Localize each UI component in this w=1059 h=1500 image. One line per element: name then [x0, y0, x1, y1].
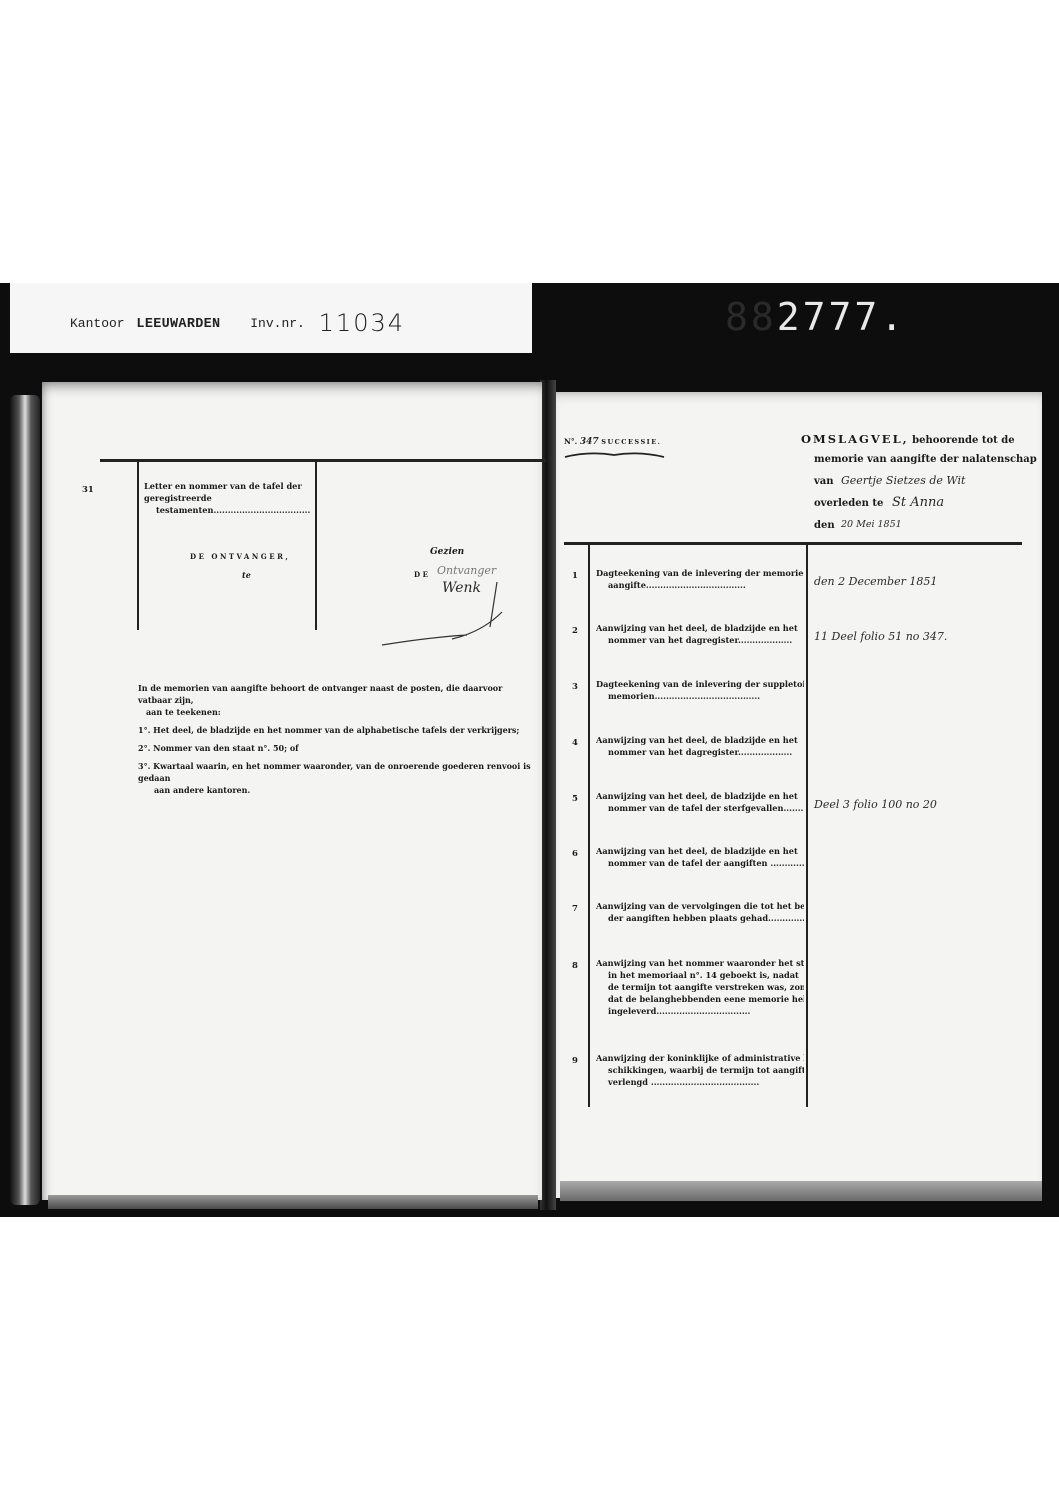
row-description: Aanwijzing van het deel, de bladzijde en… [596, 622, 804, 646]
row-line: nommer van het dagregister..............… [596, 634, 804, 646]
receiver-title: DE ONTVANGER, [190, 552, 290, 561]
counter-lit-digits: 2777. [777, 295, 906, 339]
counter-dim-digits: 88 [725, 295, 777, 339]
frame-counter: 882777. [725, 295, 906, 339]
row-line: Dagteekening van de inlevering der suppl… [596, 678, 804, 690]
stacked-page-edges [10, 395, 40, 1205]
row-line: Dagteekening van de inlevering der memor… [596, 567, 804, 579]
row-line: Aanwijzing van de vervolgingen die tot h… [596, 900, 804, 912]
row-number: 1 [572, 571, 578, 581]
handwritten-entry: Deel 3 folio 100 no 20 [814, 798, 937, 811]
row-line: in het memoriaal n°. 14 geboekt is, nada… [596, 969, 804, 981]
archive-label-card: Kantoor LEEUWARDEN Inv.nr. 11034 [10, 283, 532, 353]
form-title: OMSLAGVEL, behoorende tot de [801, 432, 1015, 446]
row-description: Aanwijzing van het deel, de bladzijde en… [596, 845, 804, 869]
no-suffix: SUCCESSIE. [601, 438, 661, 446]
seen-label: Gezien [430, 547, 464, 557]
date-of-death: 20 Mei 1851 [841, 519, 902, 530]
page-bottom-edge [48, 1195, 538, 1209]
instruction-item: 2°. Nommer van den staat n°. 50; of [138, 742, 538, 754]
item-text: Kwartaal waarin, en het nommer waaronder… [138, 761, 531, 783]
instructions-block: In de memorien van aangifte behoort de o… [138, 682, 538, 796]
row-description: Aanwijzing van het deel, de bladzijde en… [596, 734, 804, 758]
row-line: testamenten.............................… [144, 504, 316, 516]
row-description: Aanwijzing van het deel, de bladzijde en… [596, 790, 804, 814]
row-line: ingeleverd..............................… [596, 1005, 804, 1017]
van-label: van [814, 476, 834, 487]
column-rule [315, 462, 317, 630]
row-line: de termijn tot aangifte verstreken was, … [596, 981, 804, 993]
item-number: 1°. [138, 725, 150, 735]
row-description: Aanwijzing der koninklijke of administra… [596, 1052, 804, 1088]
left-page: 31 Letter en nommer van de tafel der ger… [42, 382, 542, 1200]
row-line: schikkingen, waarbij de termijn tot aang… [596, 1064, 804, 1076]
decorative-swash [564, 450, 666, 460]
row-line: Aanwijzing van het deel, de bladzijde en… [596, 790, 804, 802]
signature-flourish [372, 577, 512, 647]
row-line: nommer van de tafel der aangiften ......… [596, 857, 804, 869]
title-rest: behoorende tot de [912, 435, 1014, 446]
item-number: 2°. [138, 743, 150, 753]
row-description: Aanwijzing van de vervolgingen die tot h… [596, 900, 804, 924]
row-number: 3 [572, 682, 578, 692]
row-line: nommer van de tafel der sterfgevallen...… [596, 802, 804, 814]
no-prefix: N°. [564, 437, 577, 446]
row-line: dat de belanghebbenden eene memorie hebb… [596, 993, 804, 1005]
row-line: memorien................................… [596, 690, 804, 702]
row-line: Aanwijzing van het nommer waaronder het … [596, 957, 804, 969]
archive-label: Kantoor LEEUWARDEN Inv.nr. 11034 [70, 305, 405, 333]
row-line: verlengd ...............................… [596, 1076, 804, 1088]
row-number: 9 [572, 1056, 578, 1066]
handwritten-title: Ontvanger [437, 564, 496, 577]
row-description: Letter en nommer van de tafel der geregi… [144, 480, 314, 516]
no-handwritten: 347 [580, 437, 599, 447]
item-text: Nommer van den staat n°. 50; of [153, 743, 298, 753]
deceased-name: Geertje Sietzes de Wit [841, 474, 965, 487]
office-prefix: Kantoor [70, 316, 125, 331]
row-number: 31 [82, 485, 94, 495]
handwritten-entry: 11 Deel folio 51 no 347. [814, 630, 947, 643]
row-line: Aanwijzing van het deel, de bladzijde en… [596, 734, 804, 746]
row-line: Aanwijzing der koninklijke of administra… [596, 1052, 804, 1064]
row-number: 4 [572, 738, 578, 748]
column-rule [588, 545, 590, 1107]
receiver-place: te [242, 570, 251, 580]
succession-number: N°. 347 SUCCESSIE. [564, 437, 661, 447]
item-text: Het deel, de bladzijde en het nommer van… [153, 725, 519, 735]
book-spine [540, 380, 556, 1210]
row-number: 5 [572, 794, 578, 804]
row-description: Dagteekening van de inlevering der suppl… [596, 678, 804, 702]
instruction-item: 1°. Het deel, de bladzijde en het nommer… [138, 724, 538, 736]
item-text-cont: aan andere kantoren. [138, 784, 538, 796]
instructions-intro: In de memorien van aangifte behoort de o… [138, 682, 538, 706]
right-page: N°. 347 SUCCESSIE. OMSLAGVEL, behoorende… [556, 392, 1042, 1198]
row-number: 6 [572, 849, 578, 859]
inv-number: 11034 [319, 309, 405, 337]
instruction-item: 3°. Kwartaal waarin, en het nommer waaro… [138, 760, 538, 796]
row-line: aangifte................................… [596, 579, 804, 591]
column-rule [137, 462, 139, 630]
row-line: Aanwijzing van het deel, de bladzijde en… [596, 622, 804, 634]
row-line: nommer van het dagregister..............… [596, 746, 804, 758]
handwritten-entry: den 2 December 1851 [814, 575, 937, 588]
row-number: 2 [572, 626, 578, 636]
row-number: 7 [572, 904, 578, 914]
instructions-intro-cont: aan te teekenen: [138, 706, 538, 718]
row-line: der aangiften hebben plaats gehad.......… [596, 912, 804, 924]
row-number: 8 [572, 961, 578, 971]
office-name: LEEUWARDEN [136, 317, 220, 332]
page-bottom-edge [560, 1181, 1042, 1201]
date-label: den [814, 520, 835, 531]
row-line: Letter en nommer van de tafel der geregi… [144, 481, 302, 503]
row-line: Aanwijzing van het deel, de bladzijde en… [596, 845, 804, 857]
title-omslagvel: OMSLAGVEL, [801, 432, 909, 446]
row-description: Aanwijzing van het nommer waaronder het … [596, 957, 804, 1017]
form-subtitle: memorie van aangifte der nalatenschap [814, 454, 1037, 465]
place-of-death: St Anna [892, 495, 944, 510]
column-rule [806, 545, 808, 1107]
table-top-rule [100, 459, 546, 462]
row-description: Dagteekening van de inlevering der memor… [596, 567, 804, 591]
item-number: 3°. [138, 761, 150, 771]
inv-prefix: Inv.nr. [250, 316, 305, 331]
table-top-rule [564, 542, 1022, 545]
died-label: overleden te [814, 498, 883, 509]
